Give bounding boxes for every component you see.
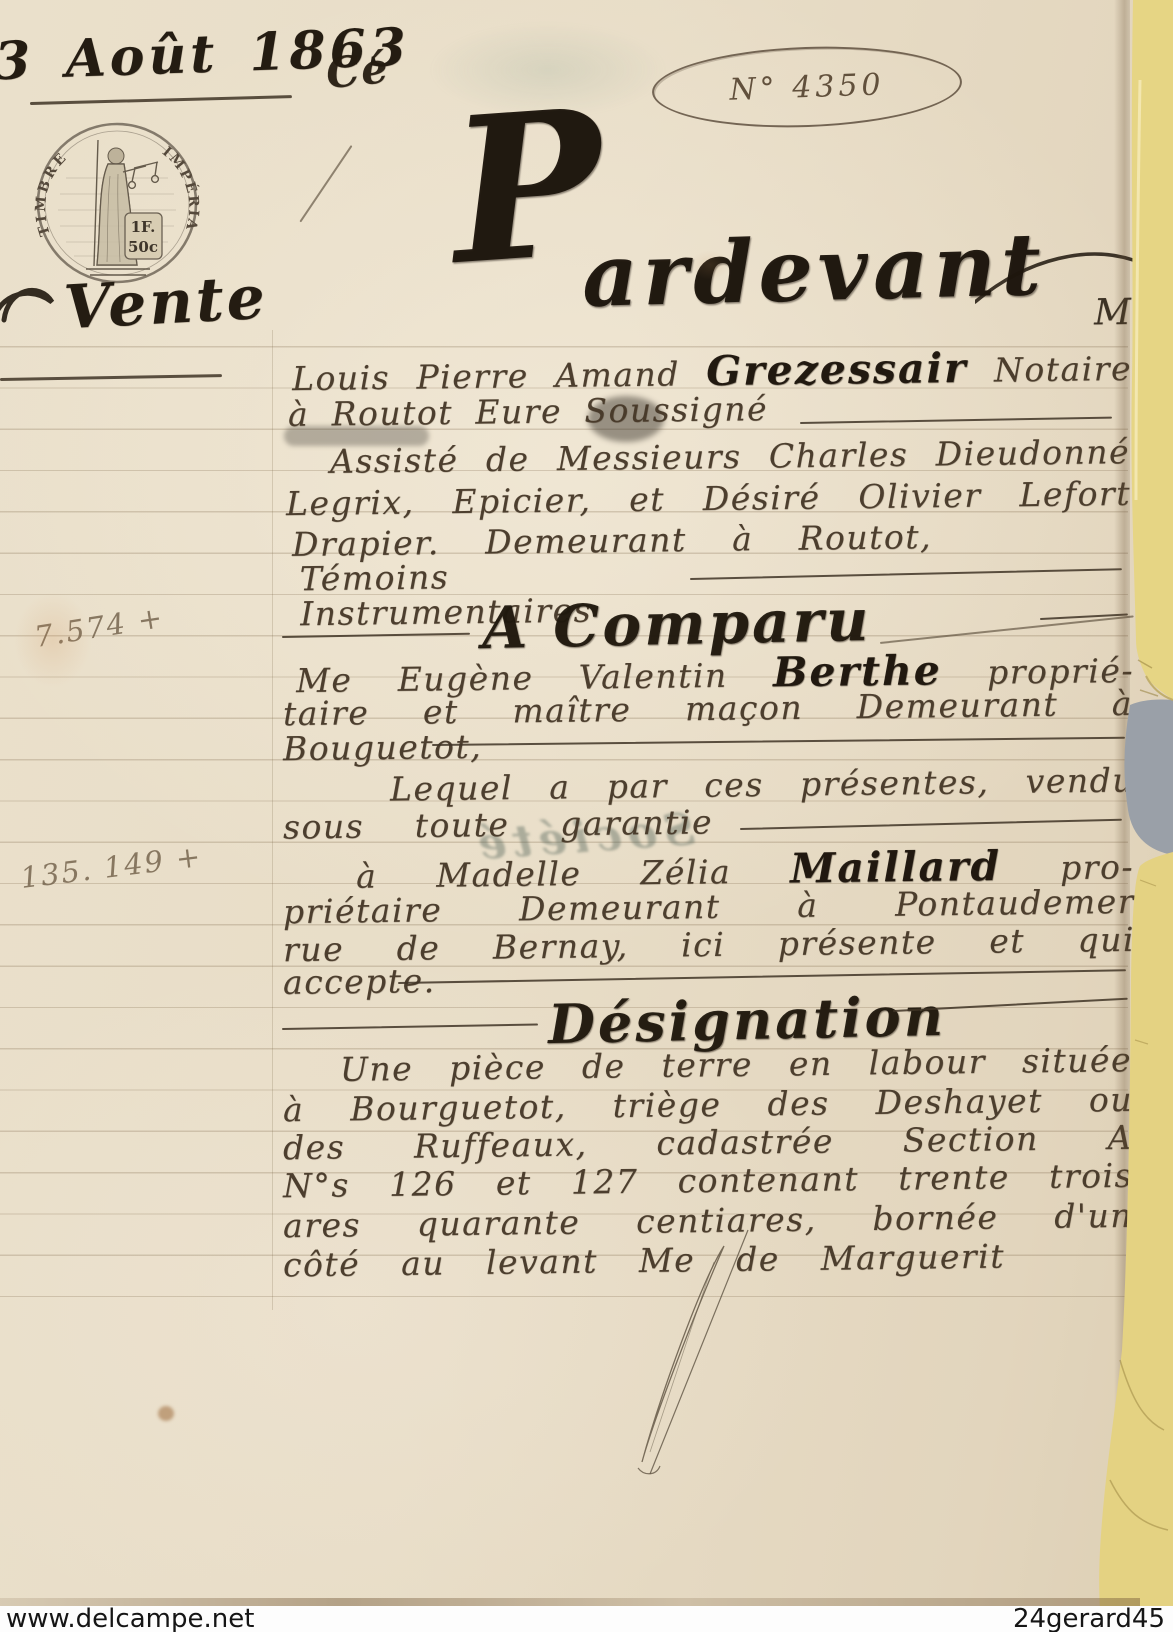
body-line-5: Drapier. Demeurant à Routot,: [292, 520, 932, 562]
designation-line-left: [282, 1024, 538, 1030]
body-line-3: Assisté de Messieurs Charles Dieudonné: [330, 435, 1130, 479]
paper-stain: [14, 592, 92, 688]
body-line-9: Bouguetot,: [283, 727, 483, 768]
date-underline: [30, 95, 292, 105]
pen-flourish: [598, 1218, 778, 1488]
fill-line-soussigne: [800, 417, 1112, 424]
fill-line-garantie: [740, 819, 1122, 830]
document-scan: 3 Août 1863 Cé N° 4350: [0, 0, 1173, 1632]
body-line-8: taire et maître maçon Demeurant à: [283, 687, 1133, 732]
comparu-line-left: [282, 633, 470, 638]
notary-name: Grezessair: [706, 344, 968, 395]
registry-number-oval: N° 4350: [651, 42, 964, 133]
paraph-slash: [299, 145, 352, 222]
svg-text:TIMBRE: TIMBRE: [33, 149, 72, 238]
watermark-right: 24gerard45: [1013, 1604, 1165, 1632]
watermark-left: www.delcampe.net: [6, 1604, 254, 1632]
fill-line-temoins: [690, 568, 1122, 580]
stamp-arc-left-label: TIMBRE: [33, 149, 72, 238]
fox-spot: [690, 250, 730, 280]
paper-spot: [158, 1406, 174, 1421]
body-line-4: Legrix, Epicier, et Désiré Olivier Lefor…: [286, 477, 1131, 522]
stamp-value-top: 1F.: [131, 218, 156, 236]
fill-line-bouguetot: [432, 737, 1125, 746]
body-line-2: à Routot Eure Soussigné: [288, 392, 768, 433]
doc-type-underline: [0, 374, 222, 381]
body-line-10: Lequel a par ces présentes, vendu: [390, 763, 1135, 807]
margin-note-bottom: 135. 149 +: [19, 839, 204, 895]
fill-line-accepte: [398, 969, 1126, 984]
registry-number: N° 4350: [729, 67, 885, 107]
paraph-mark: Cé: [324, 43, 392, 98]
doc-type-label: Vente: [62, 263, 269, 344]
margin-crease: [272, 330, 273, 1310]
backing-sheet: [1080, 0, 1173, 1632]
body-line-11: sous toute garantie: [283, 805, 713, 845]
stamp-value-bottom: 50c: [128, 238, 158, 256]
watermark-strip: www.delcampe.net 24gerard45: [0, 1606, 1173, 1632]
